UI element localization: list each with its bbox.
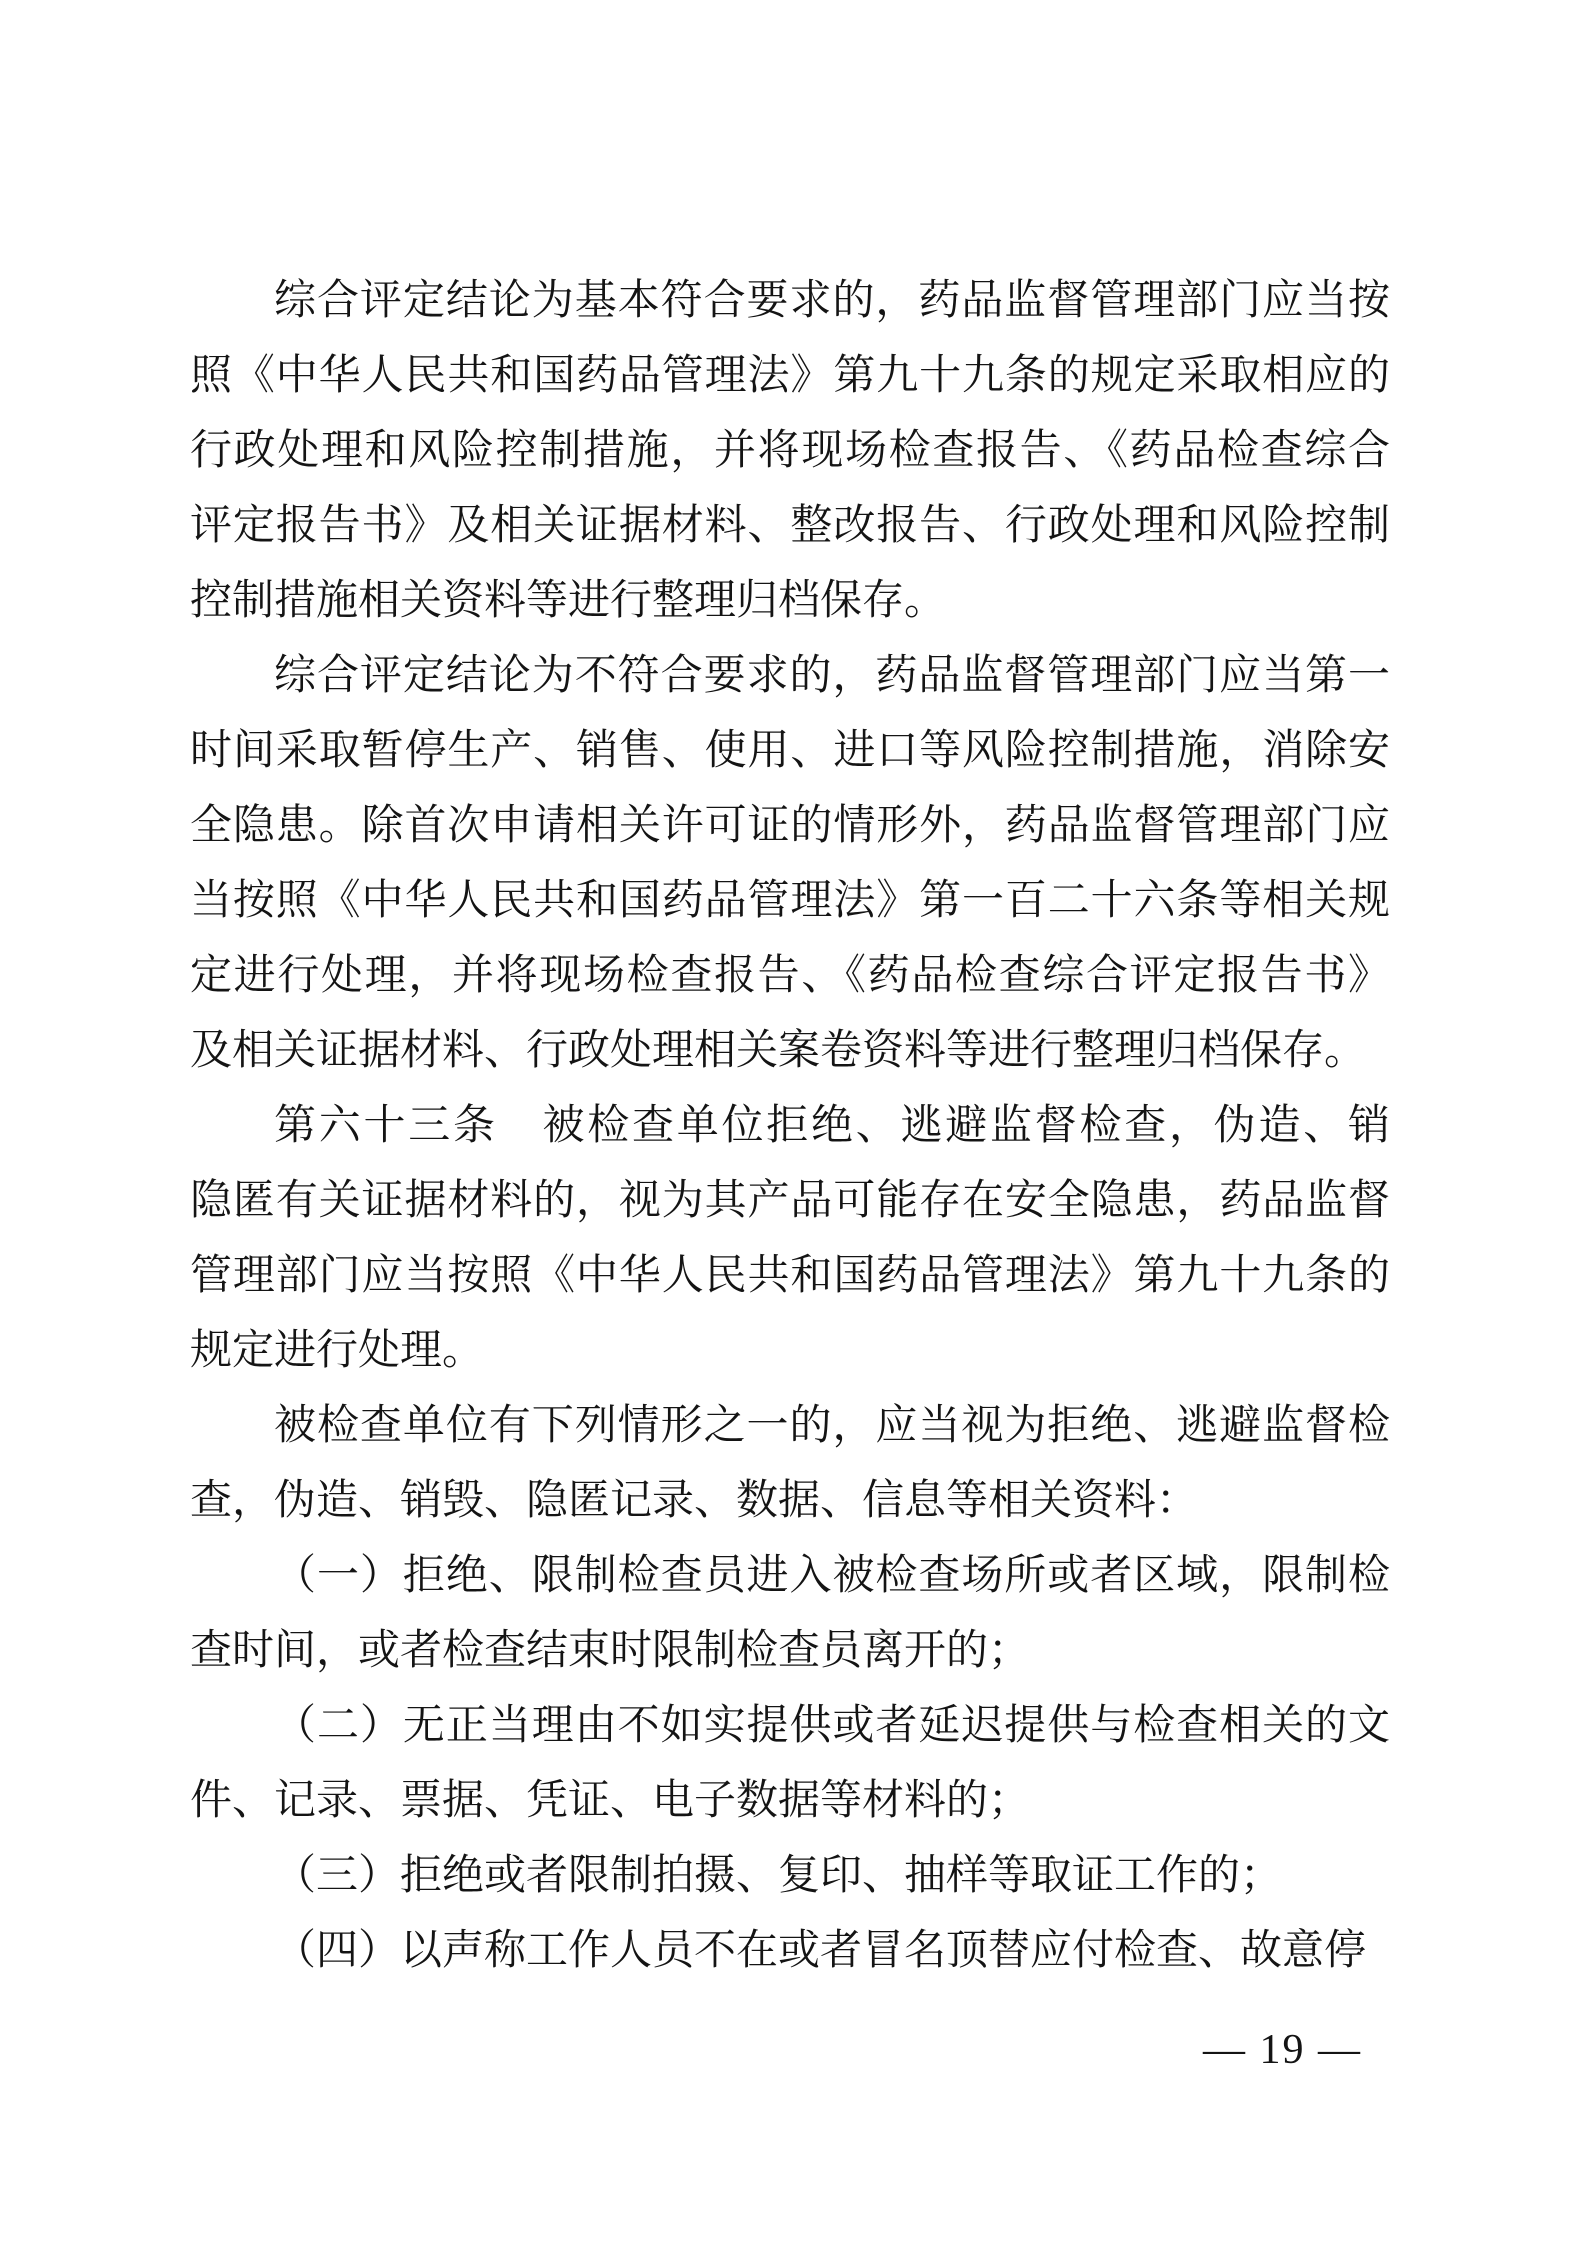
paragraph: 综合评定结论为不符合要求的，药品监督管理部门应当第一时间采取暂停生产、销售、使用… (190, 639, 1390, 1089)
paragraph: 第六十三条 被检查单位拒绝、逃避监督检查，伪造、销毁、隐匿有关证据材料的，视为其… (190, 1089, 1390, 1389)
text-line: 被检查单位有下列情形之一的，应当视为拒绝、逃避监督检 (190, 1389, 1390, 1464)
paragraph: （三）拒绝或者限制拍摄、复印、抽样等取证工作的； (190, 1839, 1390, 1914)
text-line: （四）以声称工作人员不在或者冒名顶替应付检查、故意停 (190, 1914, 1390, 1989)
text-line: 控制措施相关资料等进行整理归档保存。 (190, 564, 1390, 639)
text-line: 隐匿有关证据材料的，视为其产品可能存在安全隐患，药品监督 (190, 1164, 1390, 1239)
paragraph: （一）拒绝、限制检查员进入被检查场所或者区域，限制检查时间，或者检查结束时限制检… (190, 1539, 1390, 1689)
text-line: 定进行处理，并将现场检查报告、《药品检查综合评定报告书》 (190, 939, 1390, 1014)
text-line: 管理部门应当按照《中华人民共和国药品管理法》第九十九条的 (190, 1239, 1390, 1314)
text-line: 行政处理和风险控制措施，并将现场检查报告、《药品检查综合 (190, 414, 1390, 489)
text-line: 评定报告书》及相关证据材料、整改报告、行政处理和风险控制 (190, 489, 1390, 564)
document-page: 综合评定结论为基本符合要求的，药品监督管理部门应当按照《中华人民共和国药品管理法… (0, 0, 1587, 2245)
page-number: — 19 — (1203, 2026, 1362, 2074)
paragraph: （二）无正当理由不如实提供或者延迟提供与检查相关的文件、记录、票据、凭证、电子数… (190, 1689, 1390, 1839)
text-line: 全隐患。除首次申请相关许可证的情形外，药品监督管理部门应 (190, 789, 1390, 864)
paragraph: 综合评定结论为基本符合要求的，药品监督管理部门应当按照《中华人民共和国药品管理法… (190, 264, 1390, 639)
text-line: 照《中华人民共和国药品管理法》第九十九条的规定采取相应的 (190, 339, 1390, 414)
text-line: 查，伪造、销毁、隐匿记录、数据、信息等相关资料： (190, 1464, 1390, 1539)
text-line: （一）拒绝、限制检查员进入被检查场所或者区域，限制检 (190, 1539, 1390, 1614)
text-line: 查时间，或者检查结束时限制检查员离开的； (190, 1614, 1390, 1689)
text-line: 当按照《中华人民共和国药品管理法》第一百二十六条等相关规 (190, 864, 1390, 939)
text-line: 规定进行处理。 (190, 1314, 1390, 1389)
text-line: 综合评定结论为不符合要求的，药品监督管理部门应当第一 (190, 639, 1390, 714)
text-line: （三）拒绝或者限制拍摄、复印、抽样等取证工作的； (190, 1839, 1390, 1914)
document-body: 综合评定结论为基本符合要求的，药品监督管理部门应当按照《中华人民共和国药品管理法… (190, 264, 1390, 1989)
text-line: 时间采取暂停生产、销售、使用、进口等风险控制措施，消除安 (190, 714, 1390, 789)
text-line: （二）无正当理由不如实提供或者延迟提供与检查相关的文 (190, 1689, 1390, 1764)
text-line: 件、记录、票据、凭证、电子数据等材料的； (190, 1764, 1390, 1839)
paragraph: （四）以声称工作人员不在或者冒名顶替应付检查、故意停 (190, 1914, 1390, 1989)
paragraph: 被检查单位有下列情形之一的，应当视为拒绝、逃避监督检查，伪造、销毁、隐匿记录、数… (190, 1389, 1390, 1539)
text-line: 第六十三条 被检查单位拒绝、逃避监督检查，伪造、销毁、 (190, 1089, 1390, 1164)
text-line: 及相关证据材料、行政处理相关案卷资料等进行整理归档保存。 (190, 1014, 1390, 1089)
text-line: 综合评定结论为基本符合要求的，药品监督管理部门应当按 (190, 264, 1390, 339)
